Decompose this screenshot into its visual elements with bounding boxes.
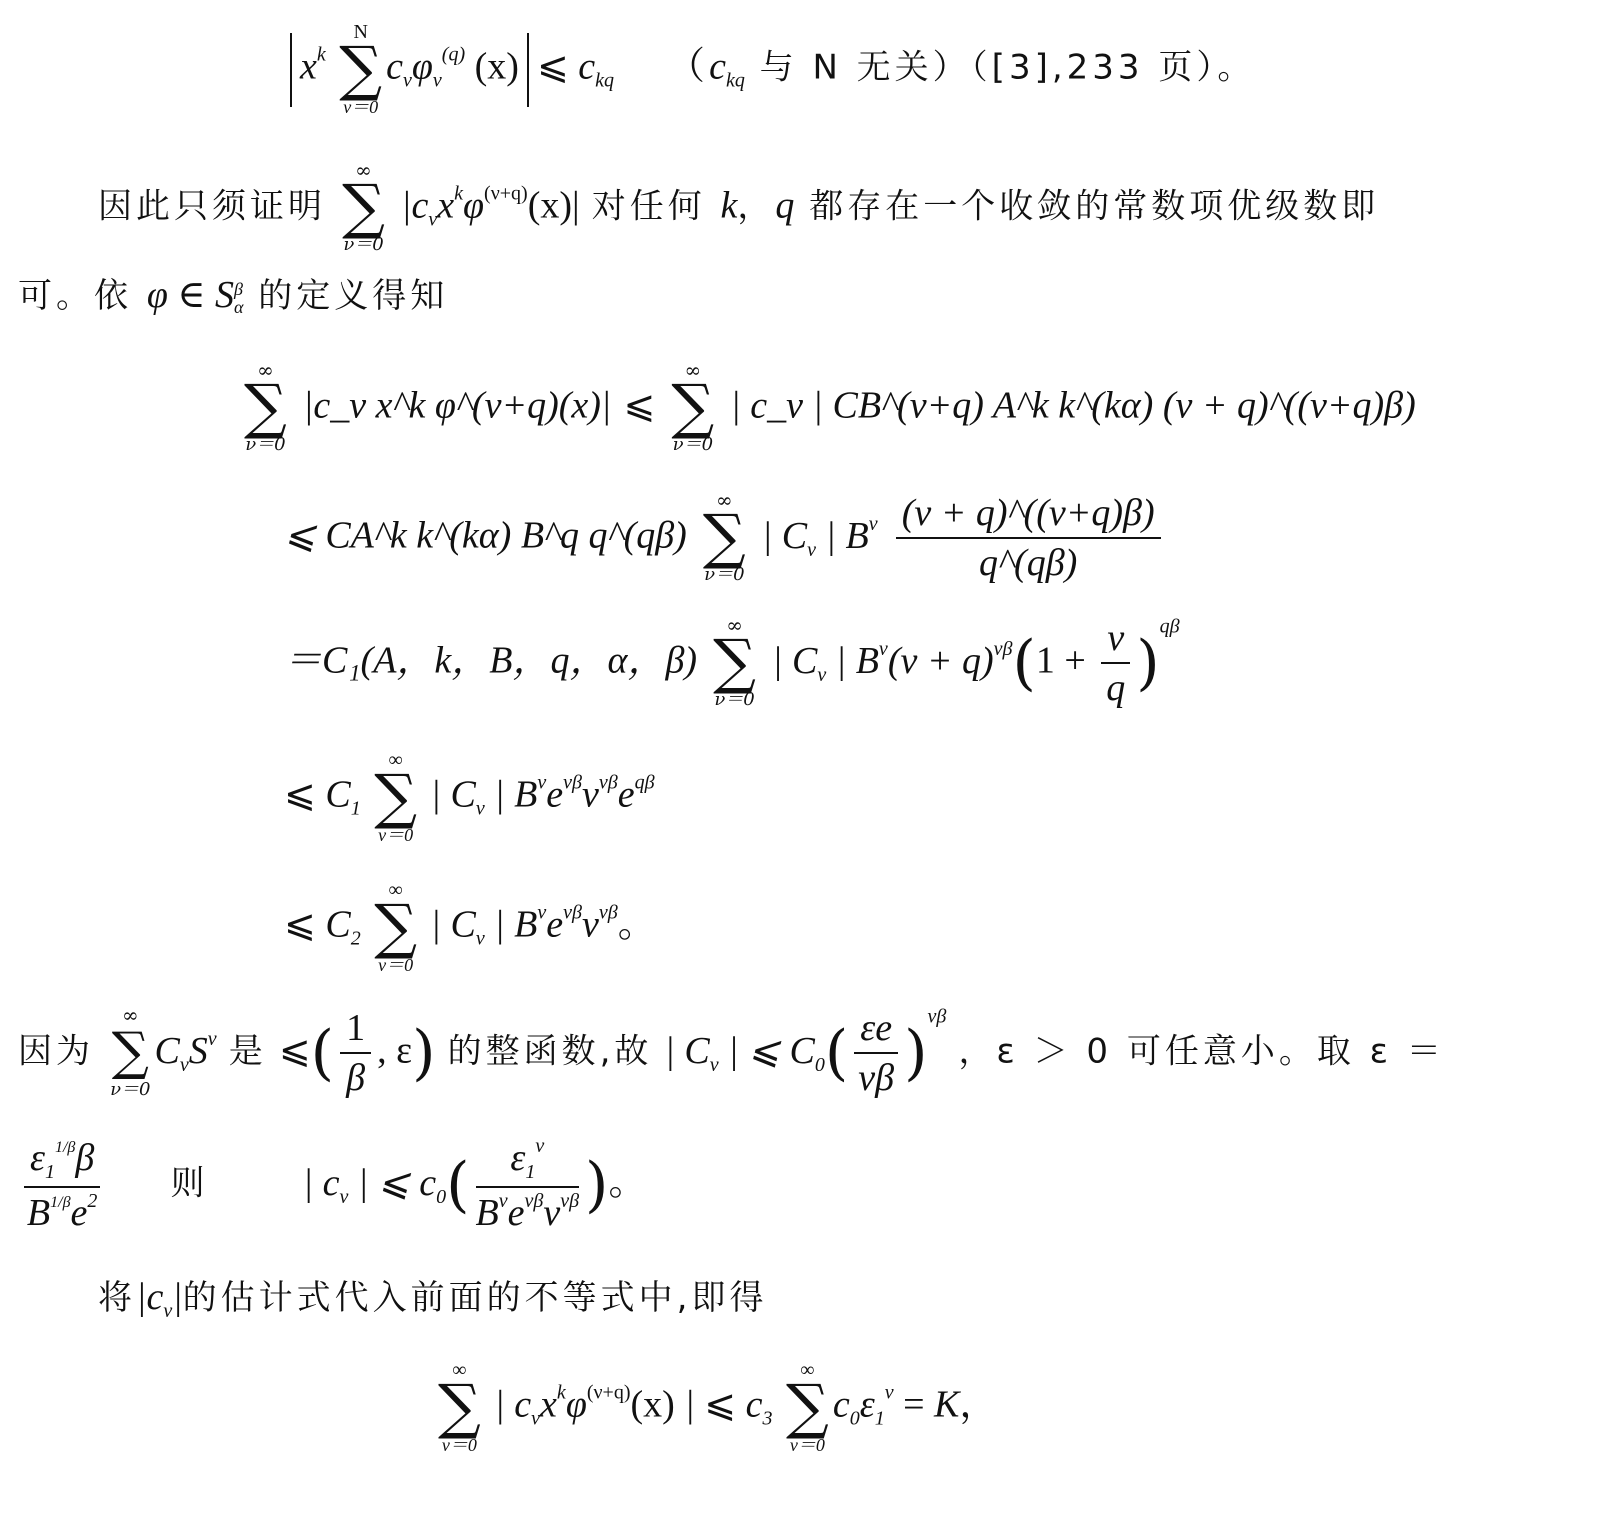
sigma-icon: ∑ (244, 380, 287, 434)
paragraph-2: 因为 ∞ ∑ ν＝0 CνSν 是 ⩽(1β, ε) 的整函数,故 | Cν |… (18, 1005, 1445, 1115)
annotation-text: 与 N 无关）（[3],233 页）。 (745, 48, 1256, 88)
sum-lower-limit: ν＝0 (342, 234, 385, 256)
paragraph-text: 因此只须证明 (98, 187, 326, 227)
math-symbol: c (386, 46, 403, 88)
summation-symbol: N ∑ ν＝0 (339, 22, 382, 118)
fraction-denominator: q (1101, 664, 1130, 710)
math-subscript: kq (726, 70, 745, 92)
paragraph-1-line-2: 可。依 φ ∈ Sβα 的定义得知 (18, 268, 448, 317)
paragraph-text: 可。依 (18, 276, 147, 316)
sigma-icon: ∑ (786, 1380, 829, 1434)
paragraph-text: 因为 (18, 1032, 94, 1072)
fraction-epsilon: ε11/ββ B1/βe2 (24, 1136, 100, 1235)
sigma-icon: ∑ (110, 1025, 150, 1079)
math-argument: (x)| (528, 185, 580, 227)
sum-lower-limit: ν＝0 (703, 564, 746, 586)
math-subscript: ν (163, 1300, 172, 1322)
sum-lower-limit: ν＝0 (339, 96, 382, 118)
math-argument: (x) (475, 46, 519, 88)
math-symbol: c (709, 46, 726, 88)
equation-prefix: ＝C₁(A，k，B，q，α，β) (284, 640, 697, 682)
equation-chain-1: ∞ ∑ ν＝0 |c_ν x^k φ^(ν+q)(x)| ⩽ ∞ ∑ ν＝0 |… (240, 360, 1416, 460)
math-symbol: φ (412, 46, 433, 88)
abs-bar-right (527, 33, 529, 107)
sum-lower-limit: ν＝0 (671, 434, 714, 456)
math-superscript: k (317, 44, 326, 66)
math-symbol: φ (147, 274, 168, 316)
sigma-icon: ∑ (438, 1380, 481, 1434)
summation-symbol: ∞ ∑ ν＝0 (244, 360, 287, 456)
math-symbol: k (721, 185, 738, 227)
sigma-icon: ∑ (703, 510, 746, 564)
sigma-icon: ∑ (713, 635, 756, 689)
leq-symbol: ⩽ (537, 46, 569, 88)
summation-symbol: ∞ ∑ ν＝0 (374, 750, 417, 846)
math-symbol: φ (463, 185, 484, 227)
paren-open: ( (1012, 628, 1035, 698)
math-symbol: x (437, 185, 454, 227)
equation-lhs: |c_ν x^k φ^(ν+q)(x)| (303, 385, 611, 427)
equation-chain-5: ⩽ C2 ∞ ∑ ν＝0 | Cν | Bνeνβννβ。 (284, 880, 656, 980)
summation-symbol: ∞ ∑ ν＝0 (374, 880, 417, 976)
fraction-numerator: (ν + q)^((ν+q)β) (896, 491, 1161, 539)
summation-symbol: ∞ ∑ ν＝0 (671, 360, 714, 456)
fraction: (ν + q)^((ν+q)β) q^(qβ) (896, 491, 1161, 585)
fraction-denominator: q^(qβ) (896, 539, 1161, 585)
math-subscript: kq (595, 70, 614, 92)
math-symbol: |c (401, 185, 428, 227)
sigma-icon: ∑ (374, 900, 417, 954)
summation-symbol: ∞ ∑ ν＝0 (703, 490, 746, 586)
abs-bar-left (290, 33, 292, 107)
paragraph-text: 对任何 (592, 187, 721, 227)
math-superscript: (ν+q) (484, 183, 528, 205)
paragraph-text: 的估计式代入前面的不等式中,即得 (183, 1278, 768, 1318)
summation-symbol: ∞ ∑ ν＝0 (438, 1360, 481, 1456)
paragraph-text: ， (737, 187, 775, 227)
math-superscript: k (454, 183, 463, 205)
equation-chain-4: ⩽ C1 ∞ ∑ ν＝0 | Cν | Bνeνβννβeqβ (284, 750, 655, 850)
summation-symbol: ∞ ∑ ν＝0 (342, 160, 385, 256)
annotation-open: （ (667, 44, 709, 88)
summation-symbol: ∞ ∑ ν＝0 (786, 1360, 829, 1456)
fraction: νq (1101, 616, 1130, 710)
paragraph-text: 是 (229, 1032, 267, 1072)
sum-lower-limit: ν＝0 (438, 1434, 481, 1456)
math-symbol: S (215, 274, 234, 316)
equation-prefix: ⩽ CA^k k^(kα) B^q q^(qβ) (284, 515, 687, 557)
sum-lower-limit: ν＝0 (786, 1434, 829, 1456)
paragraph-text: 的整函数,故 (448, 1032, 653, 1072)
sum-lower-limit: ν＝0 (374, 954, 417, 976)
paragraph-text: 则 (171, 1164, 209, 1204)
paragraph-text: 都存在一个收敛的常数项优级数即 (794, 187, 1379, 227)
paren-close: ) (1136, 628, 1159, 698)
math-symbol: q (775, 185, 794, 227)
sum-lower-limit: ν＝0 (713, 689, 756, 711)
equation-chain-3: ＝C₁(A，k，B，q，α，β) ∞ ∑ ν＝0 | Cν | Bν(ν + q… (284, 615, 1180, 725)
element-of-symbol: ∈ (168, 274, 215, 316)
summation-symbol: ∞ ∑ ν＝0 (713, 615, 756, 711)
equation-top: xk N ∑ ν＝0 cνφν(q) (x)⩽ ckq （ckq 与 N 无关）… (282, 22, 1255, 122)
paragraph-3: ε11/ββ B1/βe2 则 | cν | ⩽ c0(ε1νBνeνβννβ)… (18, 1135, 646, 1255)
equation-chain-2: ⩽ CA^k k^(kα) B^q q^(qβ) ∞ ∑ ν＝0 | Cν | … (284, 490, 1167, 590)
math-subscript: ν (428, 209, 437, 231)
paragraph-1-line-1: 因此只须证明 ∞ ∑ ν＝0 |cνxkφ(ν+q)(x)| 对任何 k，q 都… (98, 160, 1379, 260)
equation-final: ∞ ∑ ν＝0 | cνxkφ(ν+q)(x) | ⩽ c3 ∞ ∑ ν＝0 c… (434, 1360, 997, 1470)
math-symbol: c (146, 1276, 163, 1318)
math-subscript: ν (433, 70, 442, 92)
sum-lower-limit: ν＝0 (374, 824, 417, 846)
math-superscript: qβ (1160, 616, 1180, 638)
math-subscript: ν (403, 70, 412, 92)
paragraph-text: 将 (98, 1278, 136, 1318)
paragraph-text: 的定义得知 (243, 276, 448, 316)
summation-symbol: ∞ ∑ ν＝0 (110, 1005, 150, 1101)
math-superscript: (q) (442, 44, 465, 66)
paragraph-4: 将|cν|的估计式代入前面的不等式中,即得 (98, 1270, 767, 1323)
sigma-icon: ∑ (339, 42, 382, 96)
sum-lower-limit: ν＝0 (110, 1079, 150, 1101)
sigma-icon: ∑ (342, 180, 385, 234)
paragraph-text: ，ε ＞ 0 可任意小。取 ε ＝ (958, 1032, 1444, 1072)
math-symbol: x (300, 46, 317, 88)
fraction-numerator: ν (1101, 616, 1130, 664)
sigma-icon: ∑ (374, 770, 417, 824)
equation-rhs: | c_ν | CB^(ν+q) A^k k^(kα) (ν + q)^((ν+… (730, 385, 1415, 427)
leq-symbol: ⩽ (623, 385, 655, 427)
math-symbol: c (578, 46, 595, 88)
sigma-icon: ∑ (671, 380, 714, 434)
sum-lower-limit: ν＝0 (244, 434, 287, 456)
